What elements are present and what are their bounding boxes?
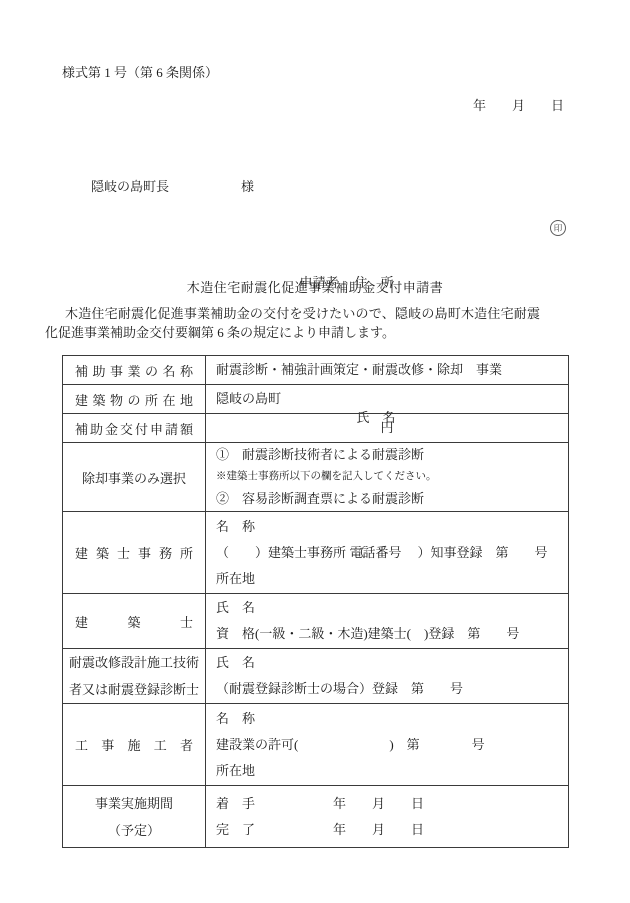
row-label-seismic-technician: 耐震改修設計施工技術 者又は耐震登録診断士 — [63, 649, 206, 704]
row-label-contractor: 工事施工者 — [63, 704, 206, 786]
row-label-building-location: 建築物の所在地 — [63, 385, 206, 414]
row-value-project-name: 耐震診断・補強計画策定・耐震改修・除却 事業 — [206, 356, 569, 385]
value-line: 氏 名 — [216, 650, 562, 676]
application-form-page: 様式第 1 号（第 6 条関係） 年 月 日 隠岐の島町長様 申請者住 所 氏 … — [0, 0, 630, 903]
table-row: 耐震改修設計施工技術 者又は耐震登録診断士 氏 名 （耐震登録診断士の場合）登録… — [63, 649, 569, 704]
value-line: 名 称 — [216, 706, 562, 732]
addressee-name: 隠岐の島町長 — [91, 179, 169, 194]
completion-date-line: 完 了 年 月 日 — [216, 817, 562, 843]
addressee-honorific: 様 — [241, 179, 254, 194]
table-row: 補助事業の名称 耐震診断・補強計画策定・耐震改修・除却 事業 — [63, 356, 569, 385]
table-row: 工事施工者 名 称 建設業の許可( ) 第 号 所在地 — [63, 704, 569, 786]
value-line: 建設業の許可( ) 第 号 — [216, 732, 562, 758]
option-2-line: ② 容易診断調査票による耐震診断 — [216, 488, 562, 510]
start-date-line: 着 手 年 月 日 — [216, 791, 562, 817]
row-value-demolition-select: ① 耐震診断技術者による耐震診断 ※建築士事務所以下の欄を記入してください。 ②… — [206, 443, 569, 512]
table-row: 補助金交付申請額 円 — [63, 414, 569, 443]
value-line: 円 — [206, 415, 568, 441]
row-value-architect-office: 名 称 （ ）建築士事務所 （ ）知事登録 第 号 所在地 — [206, 512, 569, 594]
row-label-demolition-select: 除却事業のみ選択 — [63, 443, 206, 512]
row-label-architect-office: 建築士事務所 — [63, 512, 206, 594]
table-row: 建築物の所在地 隠岐の島町 — [63, 385, 569, 414]
body-paragraph: 木造住宅耐震化促進事業補助金の交付を受けたいので、隠岐の島町木造住宅耐震化促進事… — [45, 304, 540, 342]
value-line: 名 称 — [216, 514, 562, 540]
form-table: 補助事業の名称 耐震診断・補強計画策定・耐震改修・除却 事業 建築物の所在地 隠… — [62, 355, 569, 848]
value-line: 資 格(一級・二級・木造)建築士( )登録 第 号 — [216, 621, 562, 647]
note-line: ※建築士事務所以下の欄を記入してください。 — [216, 466, 562, 488]
label-line: 事業実施期間 — [67, 790, 201, 817]
table-row: 建築士事務所 名 称 （ ）建築士事務所 （ ）知事登録 第 号 所在地 — [63, 512, 569, 594]
label-line: （予定） — [67, 817, 201, 844]
table-row: 除却事業のみ選択 ① 耐震診断技術者による耐震診断 ※建築士事務所以下の欄を記入… — [63, 443, 569, 512]
table-row: 事業実施期間 （予定） 着 手 年 月 日 完 了 年 月 日 — [63, 786, 569, 848]
value-line: （ ）建築士事務所 （ ）知事登録 第 号 — [216, 540, 562, 566]
document-title: 木造住宅耐震化促進事業補助金交付申請書 — [0, 277, 630, 296]
option-1-line: ① 耐震診断技術者による耐震診断 — [216, 444, 562, 466]
row-label-implementation-period: 事業実施期間 （予定） — [63, 786, 206, 848]
label-line: 耐震改修設計施工技術 — [67, 649, 201, 676]
row-value-architect: 氏 名 資 格(一級・二級・木造)建築士( )登録 第 号 — [206, 594, 569, 649]
row-value-contractor: 名 称 建設業の許可( ) 第 号 所在地 — [206, 704, 569, 786]
value-line: 所在地 — [216, 566, 562, 592]
form-number: 様式第 1 号（第 6 条関係） — [62, 62, 218, 81]
table-row: 建 築 士 氏 名 資 格(一級・二級・木造)建築士( )登録 第 号 — [63, 594, 569, 649]
value-line: 氏 名 — [216, 595, 562, 621]
value-line: 耐震診断・補強計画策定・耐震改修・除却 事業 — [216, 357, 562, 383]
row-label-architect: 建 築 士 — [63, 594, 206, 649]
label-line: 者又は耐震登録診断士 — [67, 676, 201, 703]
row-value-subsidy-amount: 円 — [206, 414, 569, 443]
row-value-seismic-technician: 氏 名 （耐震登録診断士の場合）登録 第 号 — [206, 649, 569, 704]
addressee-line: 隠岐の島町長様 — [78, 160, 254, 211]
row-value-building-location: 隠岐の島町 — [206, 385, 569, 414]
row-value-implementation-period: 着 手 年 月 日 完 了 年 月 日 — [206, 786, 569, 848]
row-label-subsidy-amount: 補助金交付申請額 — [63, 414, 206, 443]
value-line: 隠岐の島町 — [216, 386, 562, 412]
value-line: 所在地 — [216, 758, 562, 784]
date-line: 年 月 日 — [473, 95, 564, 114]
value-line: （耐震登録診断士の場合）登録 第 号 — [216, 676, 562, 702]
seal-icon: 印 — [550, 220, 566, 236]
row-label-project-name: 補助事業の名称 — [63, 356, 206, 385]
